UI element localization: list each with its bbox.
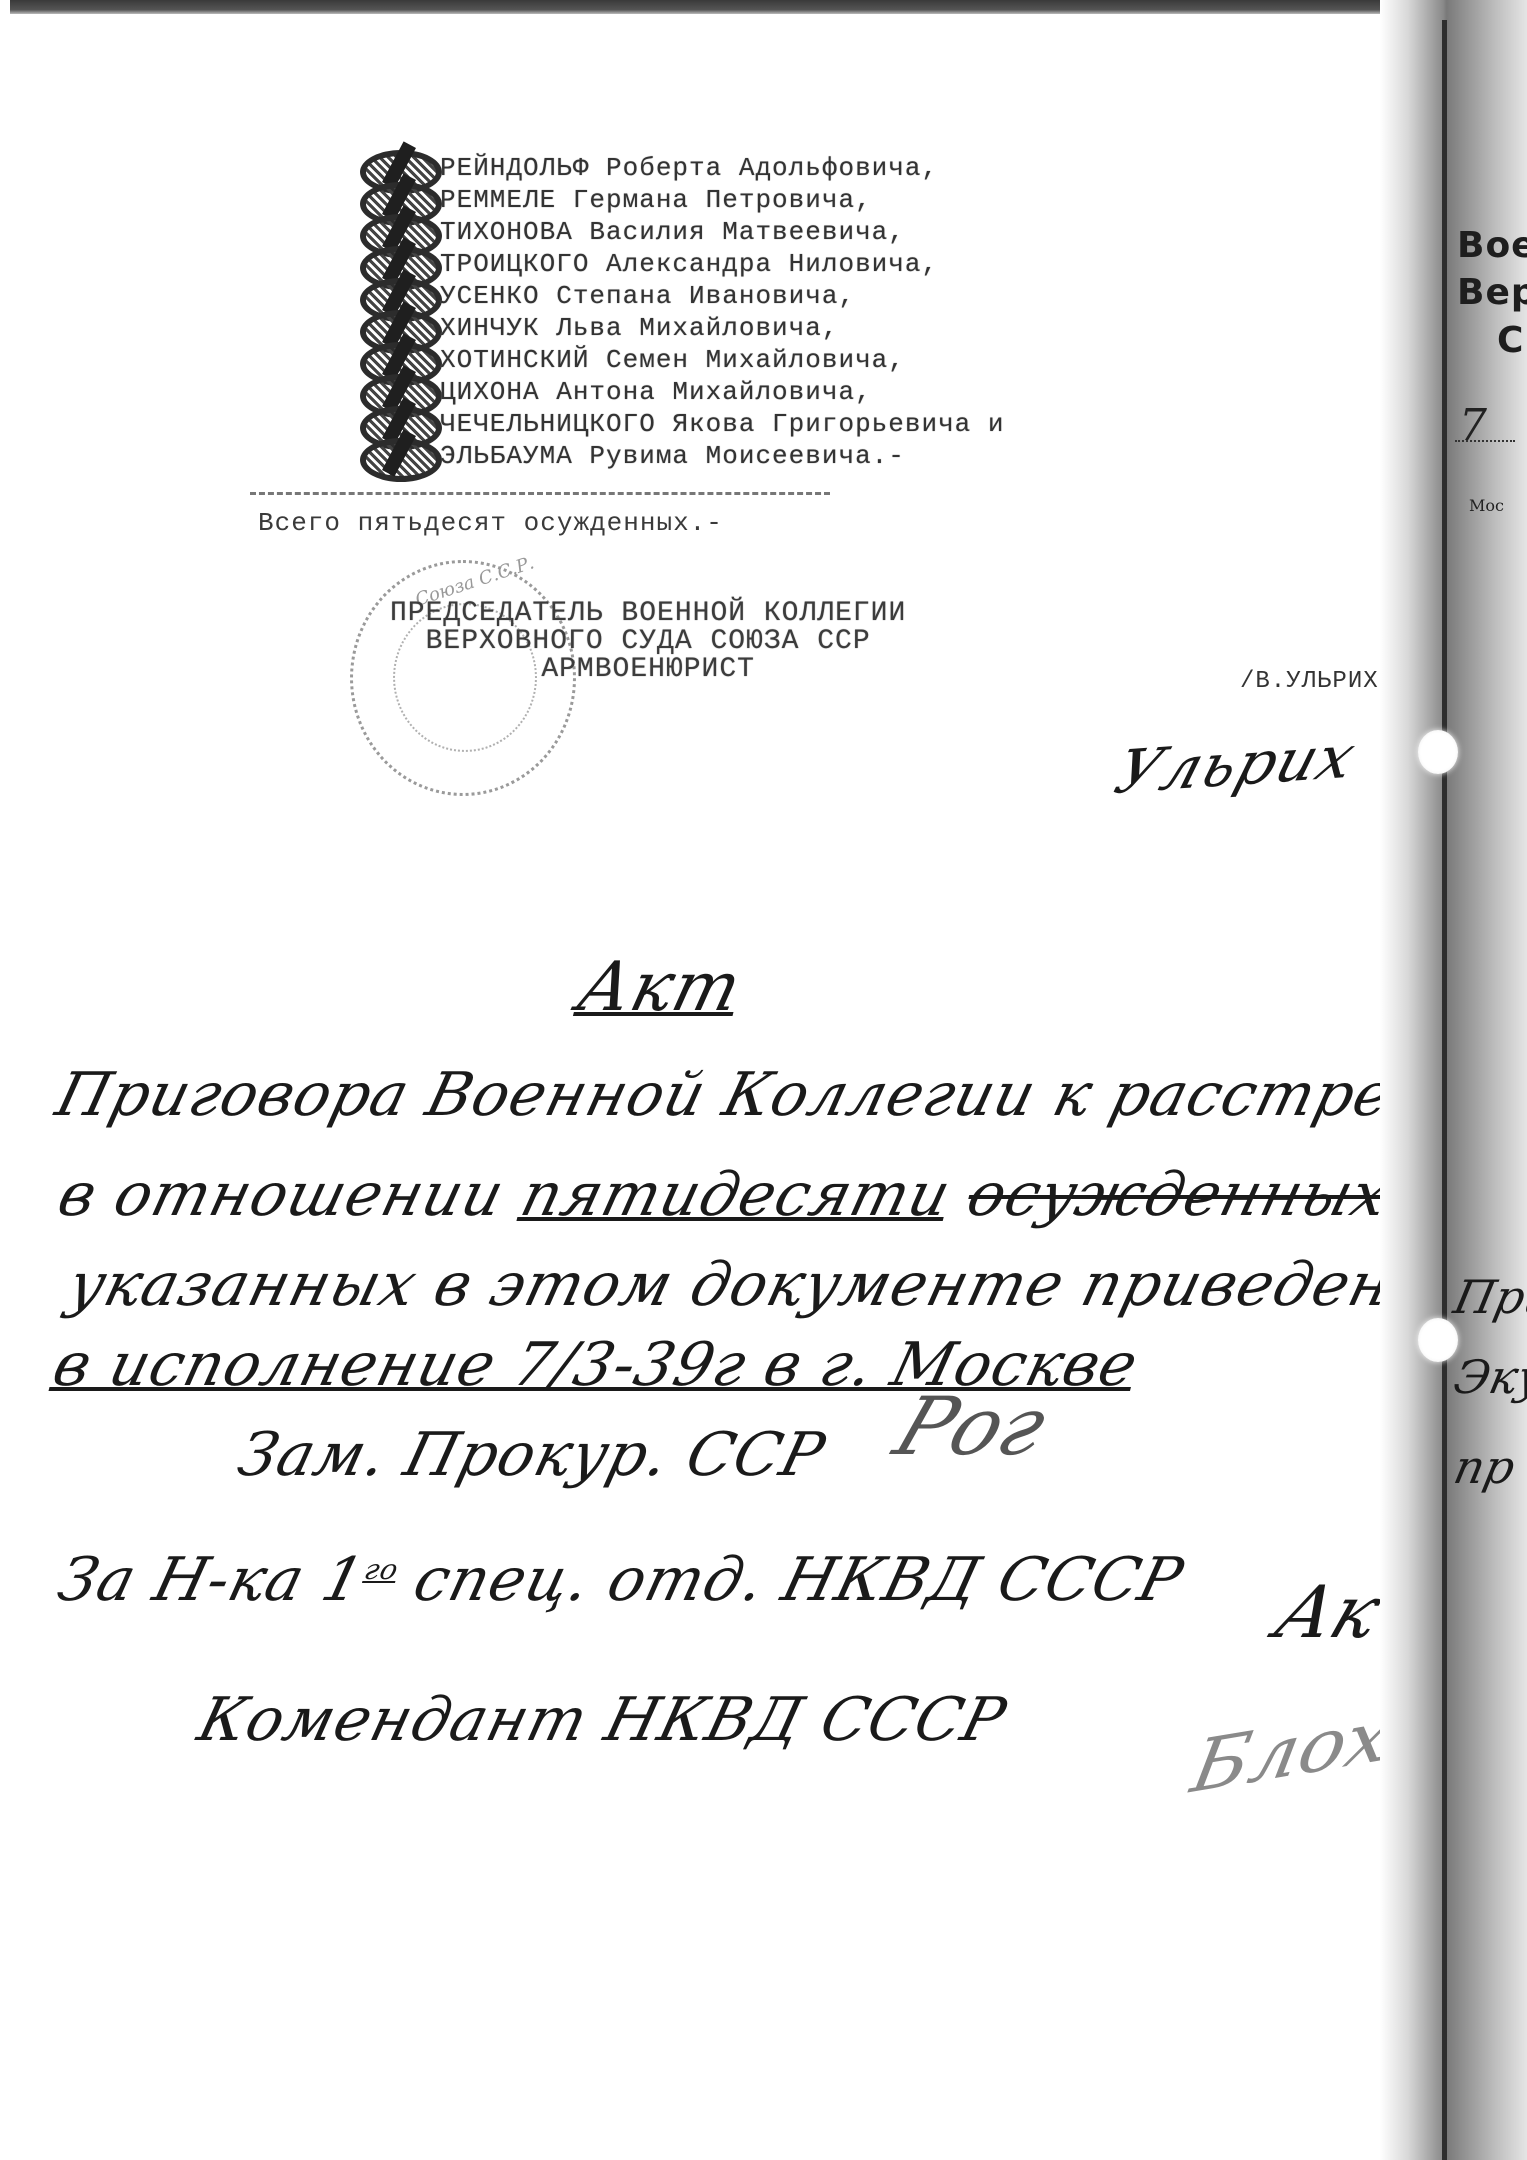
name-entry: ЭЛЬБАУМА Рувима Моисеевича.- — [440, 440, 1005, 472]
adjacent-city: Мос — [1469, 496, 1504, 515]
name-entry: ХОТИНСКИЙ Семен Михайловича, — [440, 344, 1005, 376]
adjacent-handwriting: Эку — [1449, 1350, 1527, 1404]
separator-dashes — [250, 492, 830, 495]
name-entry: РЕММЕЛЕ Германа Петровича, — [440, 184, 1005, 216]
special-dept-label: За Н-ка 1го спец. отд. НКВД СССР — [51, 1545, 1190, 1615]
adjacent-page: Вое Вер С 7 Мос При Эку пр — [1447, 0, 1527, 2160]
total-convicted: Всего пятьдесят осужденных.- — [258, 508, 723, 538]
chairman-name: /В.УЛЬРИХ/ — [1240, 668, 1394, 695]
chairman-handwritten-signature: Ульрих — [1107, 722, 1364, 808]
name-entry: ЦИХОНА Антона Михайловича, — [440, 376, 1005, 408]
adjacent-heading: Вер — [1457, 272, 1527, 313]
act-line: Приговора Военной Коллегии к расстрелу — [49, 1060, 1474, 1130]
binding-shadow — [1380, 0, 1450, 2160]
act-title: Акт — [570, 948, 749, 1027]
name-entry: УСЕНКО Степана Ивановича, — [440, 280, 1005, 312]
name-entry: РЕЙНДОЛЬФ Роберта Адольфовича, — [440, 152, 1005, 184]
execution-marks — [350, 150, 450, 480]
adjacent-heading: С — [1497, 320, 1524, 361]
document-page: РЕЙНДОЛЬФ Роберта Адольфовича, РЕММЕЛЕ Г… — [0, 0, 1440, 2160]
number-underline — [1455, 440, 1515, 442]
punch-hole — [1418, 730, 1458, 774]
chairman-signature-block: ПРЕДСЕДАТЕЛЬ ВОЕННОЙ КОЛЛЕГИИ ВЕРХОВНОГО… — [390, 600, 906, 684]
adjacent-heading: Вое — [1457, 225, 1527, 266]
act-line: указанных в этом документе приведены — [61, 1250, 1449, 1320]
act-text: в отношении — [51, 1160, 511, 1230]
commandant-label: Комендант НКВД СССР — [191, 1685, 1013, 1755]
act-count-underlined: пятидесяти — [514, 1160, 958, 1230]
name-entry: ТРОИЦКОГО Александра Ниловича, — [440, 248, 1005, 280]
adjacent-handwriting: При — [1449, 1270, 1527, 1324]
act-line: в отношении пятидесяти осужденных — [51, 1160, 1396, 1230]
chairman-title-line2: ВЕРХОВНОГО СУДА СОЮЗА ССР — [390, 628, 906, 656]
chairman-title-line1: ПРЕДСЕДАТЕЛЬ ВОЕННОЙ КОЛЛЕГИИ — [390, 600, 906, 628]
convicted-names-list: РЕЙНДОЛЬФ Роберта Адольфовича, РЕММЕЛЕ Г… — [440, 152, 1005, 472]
chairman-title-line3: АРМВОЕНЮРИСТ — [390, 656, 906, 684]
punch-hole — [1418, 1318, 1458, 1362]
name-entry: ХИНЧУК Льва Михайловича, — [440, 312, 1005, 344]
deputy-prosecutor-label: Зам. Прокур. ССР — [231, 1420, 832, 1490]
adjacent-page-number: 7 — [1459, 400, 1487, 451]
mark-icon — [360, 438, 442, 482]
name-entry: ЧЕЧЕЛЬНИЦКОГО Якова Григорьевича и — [440, 408, 1005, 440]
name-entry: ТИХОНОВА Василия Матвеевича, — [440, 216, 1005, 248]
act-text-struck: осужденных — [961, 1160, 1396, 1230]
special-dept-signature: Ак — [1265, 1570, 1393, 1654]
adjacent-handwriting: пр — [1449, 1440, 1520, 1494]
